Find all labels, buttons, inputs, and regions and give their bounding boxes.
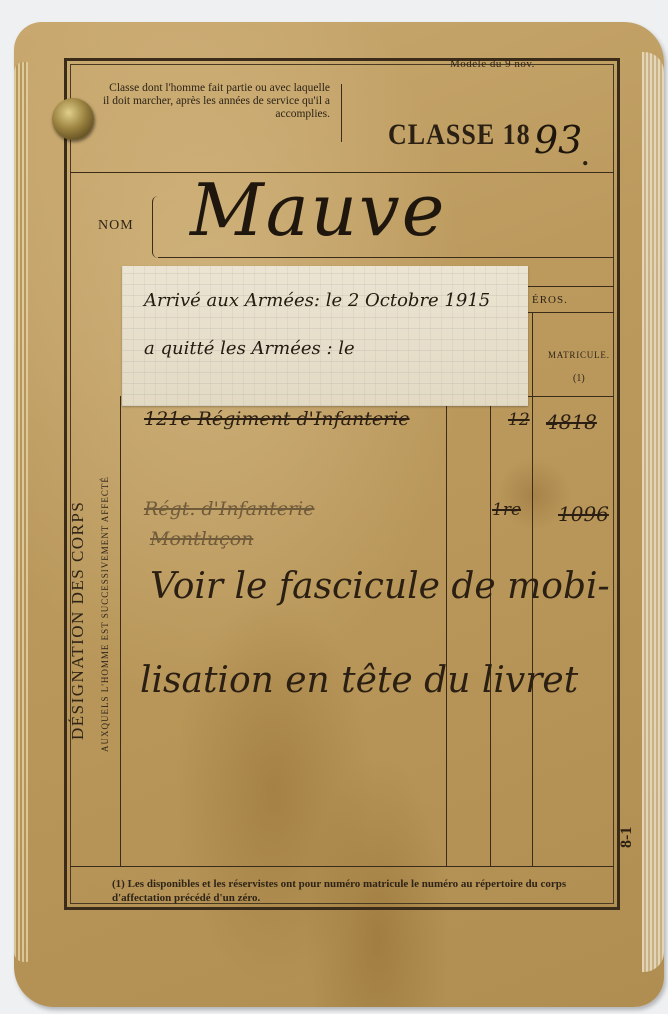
matricule-header: MATRICULE.	[548, 350, 610, 360]
note-line-1: Voir le fascicule de mobi-	[150, 566, 610, 607]
rule-under-name	[158, 257, 614, 258]
entry-3-corps: Montluçon	[150, 528, 253, 550]
name-handwritten: Mauve	[190, 168, 446, 252]
side-subtitle: AUXQUELS L'HOMME EST SUCCESSIVEMENT AFFE…	[100, 476, 110, 752]
classe-label: CLASSE 18	[388, 118, 531, 153]
slip-departure-line: a quitté les Armées : le	[144, 338, 355, 359]
entry-1-corps: 121e Régiment d'Infanterie	[144, 408, 410, 430]
pasted-paper-slip: Arrivé aux Armées: le 2 Octobre 1915 a q…	[122, 266, 528, 406]
brace-divider	[335, 84, 342, 142]
model-reference: Modèle du 9 nov.	[450, 58, 535, 70]
entry-1-company: 12	[508, 410, 530, 430]
side-code: 8-1	[618, 827, 636, 848]
name-brace	[152, 196, 159, 258]
numeros-rule	[528, 312, 614, 313]
entry-1-matricule: 4818	[546, 410, 597, 434]
entry-2-corps: Régt. d'Infanterie	[144, 498, 314, 520]
slip-arrival-line: Arrivé aux Armées: le 2 Octobre 1915	[144, 290, 490, 311]
classe-period: .	[582, 142, 589, 172]
note-line-2: lisation en tête du livret	[140, 660, 578, 701]
entry-2-matricule: 1096	[558, 502, 609, 526]
numeros-top-rule	[528, 286, 614, 287]
page-edge-left	[14, 62, 28, 962]
footer-rule	[70, 866, 614, 867]
brass-eyelet-icon	[52, 98, 94, 140]
column-line-3	[490, 396, 491, 866]
entry-2-company: 1re	[492, 500, 521, 520]
column-line-2	[446, 396, 447, 866]
classe-year-handwritten: 93	[534, 118, 582, 162]
page-edges-right	[642, 52, 664, 972]
matricule-footnote-ref: (1)	[573, 373, 585, 384]
classe-note: Classe dont l'homme fait partie ou avec …	[100, 82, 330, 121]
side-title-designation: DÉSIGNATION DES CORPS	[68, 501, 88, 740]
column-line-1	[120, 396, 121, 866]
numeros-header: ÉROS.	[532, 294, 568, 306]
name-label: NOM	[98, 218, 134, 234]
footer-note: (1) Les disponibles et les réservistes o…	[112, 877, 602, 905]
